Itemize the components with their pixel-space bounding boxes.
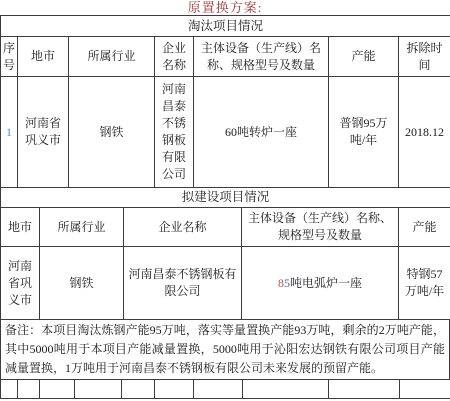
empty-cell [1,380,18,399]
cell-city: 河南省巩义市 [1,247,40,320]
empty-bottom-row-table [0,379,450,399]
cell-capacity: 普钢95万吨/年 [329,77,399,188]
remark-table: 备注：本项目淘汰炼钢产能95万吨，落实等量置换产能93万吨，剩余的2万吨产能，其… [0,319,450,380]
header-serial: 序号 [1,37,18,77]
cell-company: 河南昌泰不锈钢板有限公司 [124,247,242,320]
cell-city: 河南省巩义市 [18,77,69,188]
cell-industry: 钢铁 [40,247,124,320]
header-capacity: 产能 [399,208,450,247]
equipment-text: 吨电弧炉一座 [290,276,362,290]
planned-table-caption: 拟建设项目情况 [1,188,450,208]
eliminated-data-row: 1 河南省巩义市 钢铁 河南昌泰不锈钢板有限公司 60吨转炉一座 普钢95万吨/… [1,77,450,188]
header-equipment: 主体设备（生产线）名称、规格型号及数量 [194,37,329,77]
header-company: 企业名称 [124,208,242,247]
header-city: 地市 [1,208,40,247]
header-demolish-time: 拆除时间 [399,37,450,77]
remark-cell: 备注：本项目淘汰炼钢产能95万吨，落实等量置换产能93万吨，剩余的2万吨产能，其… [1,320,450,380]
document-page: 原置换方案: 淘汰项目情况 序号 地市 所属行业 企业名称 主体设备（生产线）名… [0,0,450,401]
empty-cell [329,380,400,399]
planned-data-row: 河南省巩义市 钢铁 河南昌泰不锈钢板有限公司 85吨电弧炉一座 特钢57万吨/年 [1,247,450,320]
planned-projects-table: 拟建设项目情况 地市 所属行业 企业名称 主体设备（生产线）名称、规格型号及数量… [0,187,450,320]
empty-cell [243,380,329,399]
cell-demolish-time: 2018.12 [399,77,450,188]
cell-industry: 钢铁 [69,77,155,188]
planned-header-row: 地市 所属行业 企业名称 主体设备（生产线）名称、规格型号及数量 产能 [1,208,450,247]
empty-cell [400,380,450,399]
empty-cell [155,380,194,399]
empty-cell [75,380,122,399]
cell-equipment: 60吨转炉一座 [194,77,329,188]
cell-equipment: 85吨电弧炉一座 [242,247,399,320]
empty-cell [122,380,155,399]
cell-serial: 1 [1,77,18,188]
cell-capacity: 特钢57万吨/年 [399,247,450,320]
empty-cell [40,380,75,399]
header-company: 企业名称 [155,37,194,77]
empty-cell [194,380,243,399]
header-city: 地市 [18,37,69,77]
eliminated-table-caption: 淘汰项目情况 [1,16,450,37]
header-capacity: 产能 [329,37,399,77]
eliminated-header-row: 序号 地市 所属行业 企业名称 主体设备（生产线）名称、规格型号及数量 产能 拆… [1,37,450,77]
page-title: 原置换方案: [0,0,450,15]
header-industry: 所属行业 [40,208,124,247]
empty-row [1,380,450,399]
cell-company: 河南昌泰不锈钢板有限公司 [155,77,194,188]
empty-cell [18,380,40,399]
header-equipment: 主体设备（生产线）名称、规格型号及数量 [242,208,399,247]
header-industry: 所属行业 [69,37,155,77]
eliminated-projects-table: 淘汰项目情况 序号 地市 所属行业 企业名称 主体设备（生产线）名称、规格型号及… [0,15,450,188]
